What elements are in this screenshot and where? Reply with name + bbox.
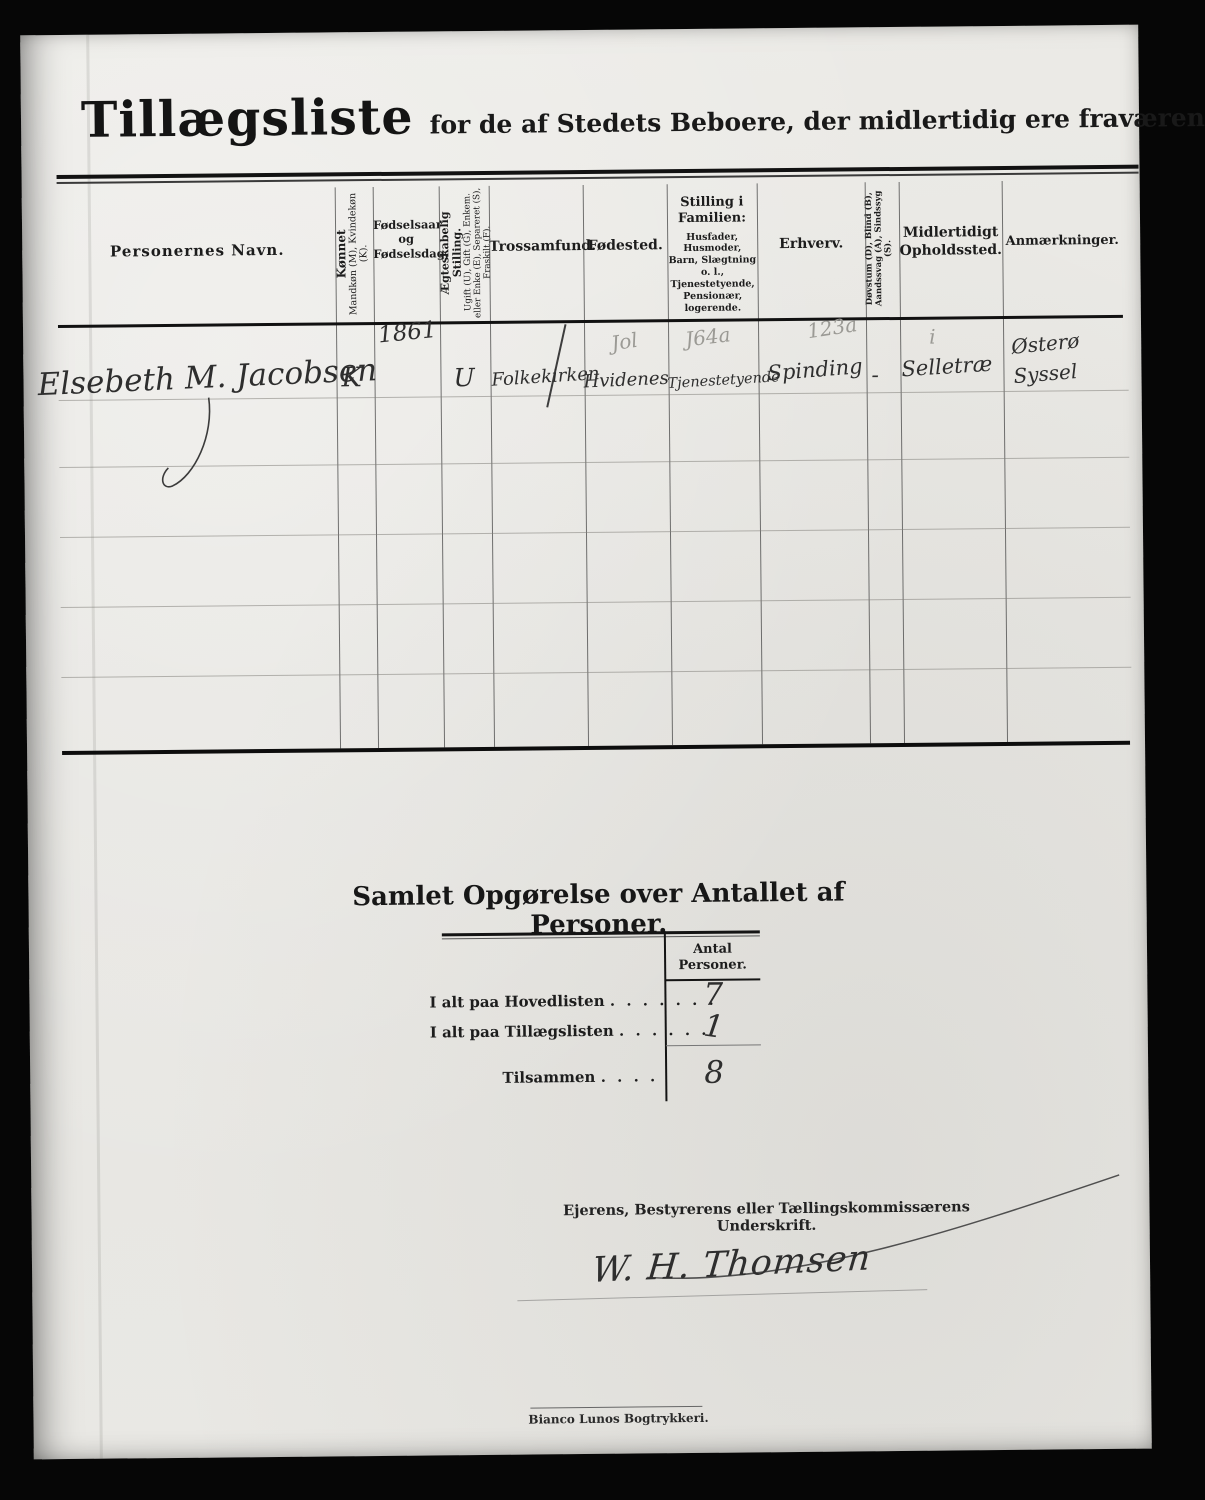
col-header-sex: Kønnet Mandkøn (M), Kvindekøn (K).	[335, 187, 374, 320]
header-separator-rule	[58, 315, 1123, 328]
col-header-residence: Midlertidigt Opholdssted.	[899, 224, 1002, 260]
col-header-remarks: Anmærkninger.	[1002, 233, 1122, 250]
pencil-mark-2: J64a	[684, 322, 732, 351]
summary-row-label: Tilsammen . . . .	[430, 1067, 658, 1087]
pen-flourish	[154, 395, 235, 491]
entry-remarks-line2: Syssel	[1013, 359, 1078, 388]
printer-imprint: Bianco Lunos Bogtrykkeri.	[493, 1411, 743, 1427]
col-header-marital: Ægteskabelig Stilling. Ugift (U), Gift (…	[439, 186, 490, 319]
col-header-disability-label: Døvstum (D), Blind (B), Aandssvag (A), S…	[865, 182, 895, 315]
col-header-family-sub: Husfader, Husmoder, Barn, Slægtning o. l…	[667, 231, 758, 315]
col-header-occupation: Erhverv.	[757, 235, 865, 254]
summary-col-header: Antal Personer.	[665, 941, 760, 974]
entry-residence: Selletræ	[901, 352, 993, 382]
summary-row1-text: I alt paa Hovedlisten	[429, 992, 604, 1012]
summary-row-label: I alt paa Tillægslisten . . . . . .	[430, 1021, 658, 1041]
col-header-birth: Fødselsaar og Fødselsdag.	[373, 217, 439, 261]
summary-row3-text: Tilsammen	[502, 1068, 595, 1087]
table-column-line	[899, 182, 905, 743]
printer-rule	[530, 1406, 702, 1409]
col-header-sex-sub: Mandkøn (M), Kvindekøn (K).	[348, 187, 371, 320]
table-column-line	[583, 185, 589, 746]
title-subtitle: for de af Stedets Beboere, der midlertid…	[429, 103, 1205, 140]
summary-row3-dots: . . . .	[601, 1067, 659, 1086]
summary-row2-text: I alt paa Tillægslisten	[430, 1022, 614, 1042]
summary-col-header-line1: Antal	[693, 942, 732, 957]
entry-occupation: Spinding	[767, 354, 864, 385]
title-main: Tillægsliste	[81, 88, 414, 149]
summary-row3-value: 8	[670, 1054, 758, 1091]
entry-birthplace: Hvidenes	[583, 368, 669, 393]
col-header-marital-main: Ægteskabelig Stilling.	[439, 186, 465, 319]
col-header-religion: Trossamfund.	[489, 238, 583, 256]
col-header-family-main: Stilling i Familien:	[678, 194, 746, 226]
table-bottom-rule	[62, 741, 1130, 755]
col-header-disability: Døvstum (D), Blind (B), Aandssvag (A), S…	[865, 182, 900, 315]
entry-birth-year: 1861	[377, 317, 438, 349]
col-header-name: Personernes Navn.	[59, 240, 335, 261]
page-title: Tillægsliste for de af Stedets Beboere, …	[81, 80, 1205, 149]
table-row-line	[60, 527, 1130, 538]
summary-row-label: I alt paa Hovedlisten . . . . . . .	[429, 991, 657, 1011]
summary-col-header-line2: Personer.	[665, 958, 760, 975]
entry-disability: -	[871, 363, 879, 388]
entry-sex: K	[341, 362, 361, 393]
pencil-mark-4: i	[929, 325, 936, 349]
pencil-mark-3: 123a	[806, 312, 859, 343]
table-row-line	[61, 597, 1131, 608]
col-header-family: Stilling i Familien: Husfader, Husmoder,…	[667, 194, 758, 314]
col-header-birthplace: Fødested.	[583, 237, 667, 255]
table-column-line	[1002, 181, 1008, 742]
scan-background: Tillægsliste for de af Stedets Beboere, …	[0, 0, 1205, 1500]
table-column-line	[373, 187, 379, 748]
entry-remarks-line1: Østerø	[1010, 328, 1080, 358]
table-row-line	[61, 667, 1131, 678]
census-form-page: Tillægsliste for de af Stedets Beboere, …	[20, 25, 1152, 1460]
pencil-mark-1: Jol	[610, 328, 640, 356]
entry-family-position: Tjenestetyende	[667, 369, 780, 392]
table-column-line	[757, 183, 763, 744]
entry-marital: U	[453, 363, 474, 392]
